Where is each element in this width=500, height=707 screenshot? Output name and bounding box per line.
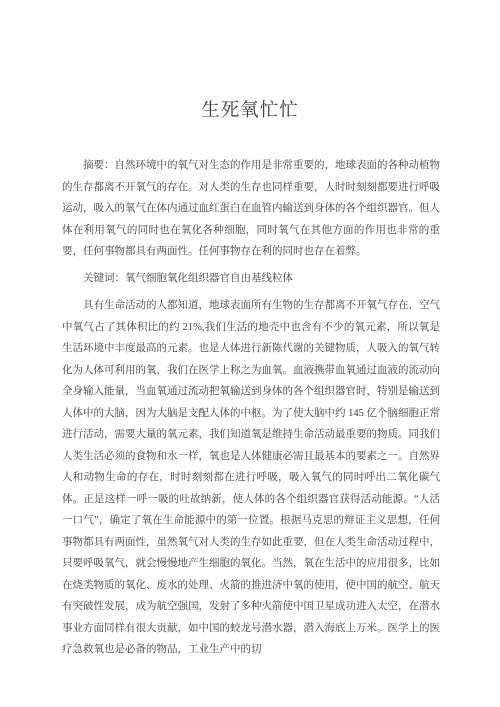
- document-title: 生死氧忙忙: [0, 96, 500, 122]
- abstract-paragraph: 摘要：自然环境中的氧气对生态的作用是非常重要的，地球表面的各种动植物的生存都离不…: [62, 155, 440, 263]
- keywords-label: 关键词：: [83, 273, 125, 284]
- document-page: 生死氧忙忙 摘要：自然环境中的氧气对生态的作用是非常重要的，地球表面的各种动植物…: [0, 0, 500, 707]
- abstract-text: 自然环境中的氧气对生态的作用是非常重要的，地球表面的各种动植物的生存都离不开氧气…: [62, 160, 440, 257]
- keywords-paragraph: 关键词：氧气细胞氧化组织器官自由基线粒体: [62, 268, 440, 290]
- keywords-text: 氧气细胞氧化组织器官自由基线粒体: [125, 273, 293, 284]
- abstract-label: 摘要：: [83, 160, 115, 171]
- body-paragraph: 具有生命活动的人都知道，地球表面所有生物的生存都离不开氧气存在，空气中氧气占了其…: [62, 295, 440, 661]
- document-content: 摘要：自然环境中的氧气对生态的作用是非常重要的，地球表面的各种动植物的生存都离不…: [62, 155, 440, 661]
